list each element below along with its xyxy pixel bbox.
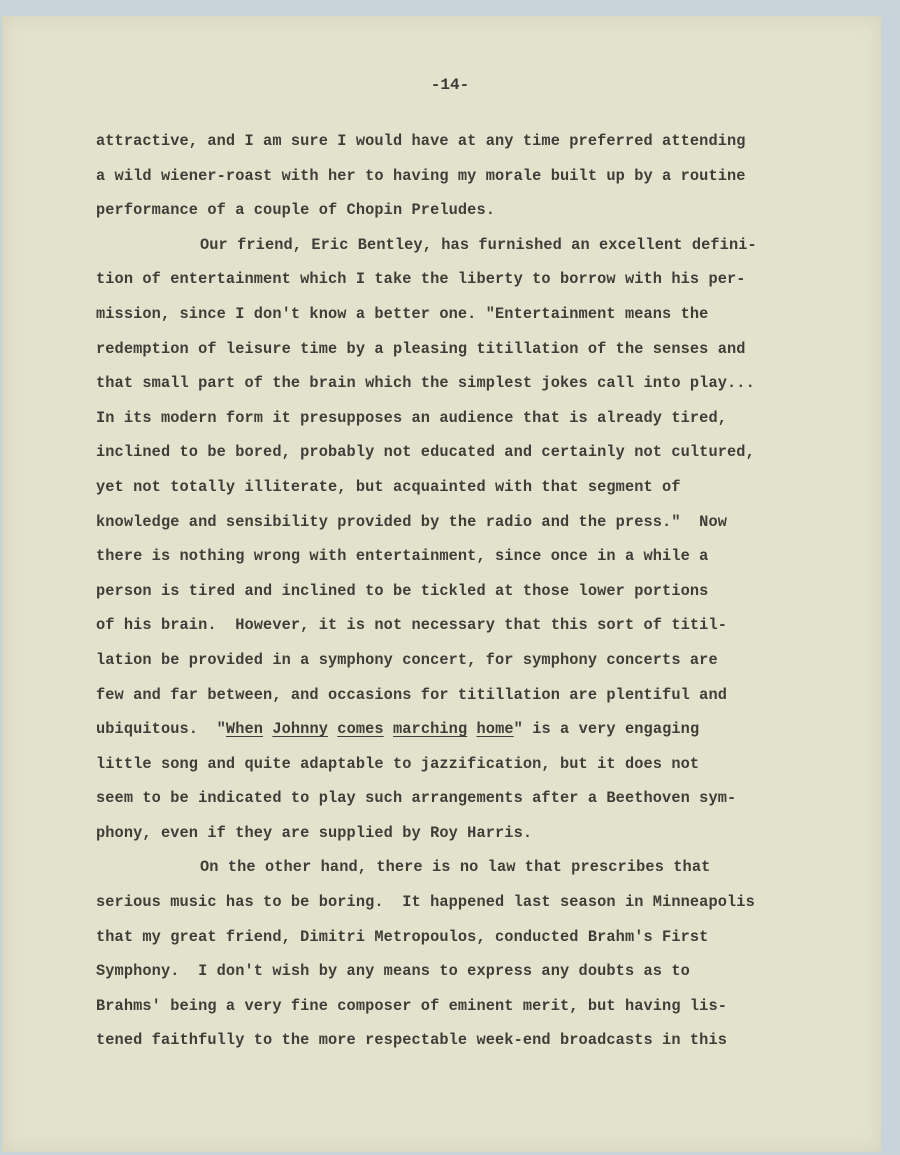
underlined-word: Johnny — [272, 720, 328, 738]
text-line: few and far between, and occasions for t… — [96, 678, 856, 713]
text-line: little song and quite adaptable to jazzi… — [96, 747, 856, 782]
text-line: tion of entertainment which I take the l… — [96, 262, 856, 297]
text-line: performance of a couple of Chopin Prelud… — [96, 193, 856, 228]
text-line-with-song-title: ubiquitous. "When Johnny comes marching … — [96, 712, 856, 747]
text-line: inclined to be bored, probably not educa… — [96, 435, 856, 470]
text-line: that small part of the brain which the s… — [96, 366, 856, 401]
text-line: of his brain. However, it is not necessa… — [96, 608, 856, 643]
text-line: seem to be indicated to play such arrang… — [96, 781, 856, 816]
text-line: serious music has to be boring. It happe… — [96, 885, 856, 920]
text-line: there is nothing wrong with entertainmen… — [96, 539, 856, 574]
page-number: -14- — [0, 76, 900, 94]
text-line: a wild wiener-roast with her to having m… — [96, 159, 856, 194]
underlined-word: When — [226, 720, 263, 738]
text-line: lation be provided in a symphony concert… — [96, 643, 856, 678]
body-text: attractive, and I am sure I would have a… — [96, 124, 856, 1058]
text-line: Symphony. I don't wish by any means to e… — [96, 954, 856, 989]
text-line: phony, even if they are supplied by Roy … — [96, 816, 856, 851]
text-segment: " is a very engaging — [514, 720, 700, 738]
text-line: that my great friend, Dimitri Metropoulo… — [96, 920, 856, 955]
text-line: tened faithfully to the more respectable… — [96, 1023, 856, 1058]
text-line: Brahms' being a very fine composer of em… — [96, 989, 856, 1024]
underlined-word: comes — [337, 720, 383, 738]
text-line: In its modern form it presupposes an aud… — [96, 401, 856, 436]
underlined-word: home — [477, 720, 514, 738]
text-line: yet not totally illiterate, but acquaint… — [96, 470, 856, 505]
text-line: knowledge and sensibility provided by th… — [96, 505, 856, 540]
text-line: mission, since I don't know a better one… — [96, 297, 856, 332]
underlined-word: marching — [393, 720, 467, 738]
text-segment: ubiquitous. " — [96, 720, 226, 738]
text-line: redemption of leisure time by a pleasing… — [96, 332, 856, 367]
paragraph-start-line: Our friend, Eric Bentley, has furnished … — [96, 228, 856, 263]
text-line: person is tired and inclined to be tickl… — [96, 574, 856, 609]
paragraph-start-line: On the other hand, there is no law that … — [96, 850, 856, 885]
text-line: attractive, and I am sure I would have a… — [96, 124, 856, 159]
